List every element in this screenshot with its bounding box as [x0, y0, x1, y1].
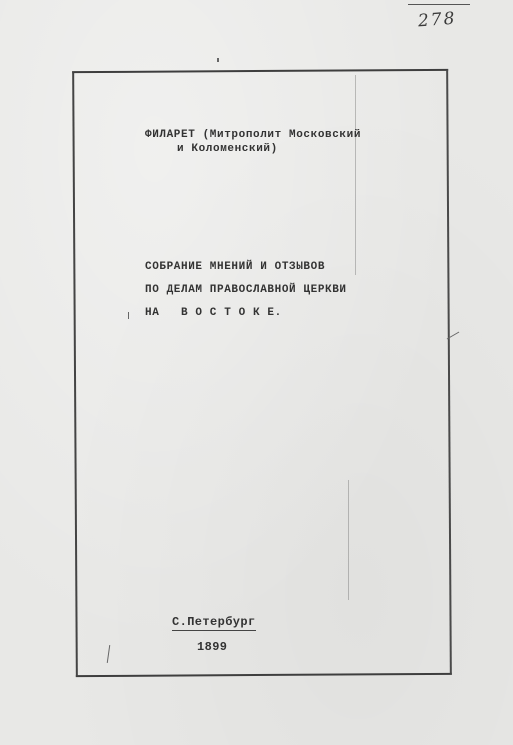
paper-crease: [348, 480, 349, 600]
author-line-1: ФИЛАРЕТ (Митрополит Московский: [145, 129, 361, 141]
paper-crease: [355, 75, 356, 275]
title-line-3: НА В О С Т О К Е.: [145, 307, 282, 319]
title-line-2: ПО ДЕЛАМ ПРАВОСЛАВНОЙ ЦЕРКВИ: [145, 284, 347, 296]
ink-speck: [128, 312, 129, 319]
archive-number: 278: [417, 9, 457, 32]
document-page: 278 ФИЛАРЕТ (Митрополит Московский и Кол…: [0, 0, 513, 745]
publication-year: 1899: [197, 640, 227, 654]
publication-place: С.Петербург: [172, 615, 256, 631]
ink-speck: [217, 58, 219, 62]
author-line-2: и Коломенский): [177, 143, 278, 155]
archive-underline: [408, 4, 470, 5]
title-frame: [72, 69, 452, 677]
title-line-1: СОБРАНИЕ МНЕНИЙ И ОТЗЫВОВ: [145, 261, 325, 273]
